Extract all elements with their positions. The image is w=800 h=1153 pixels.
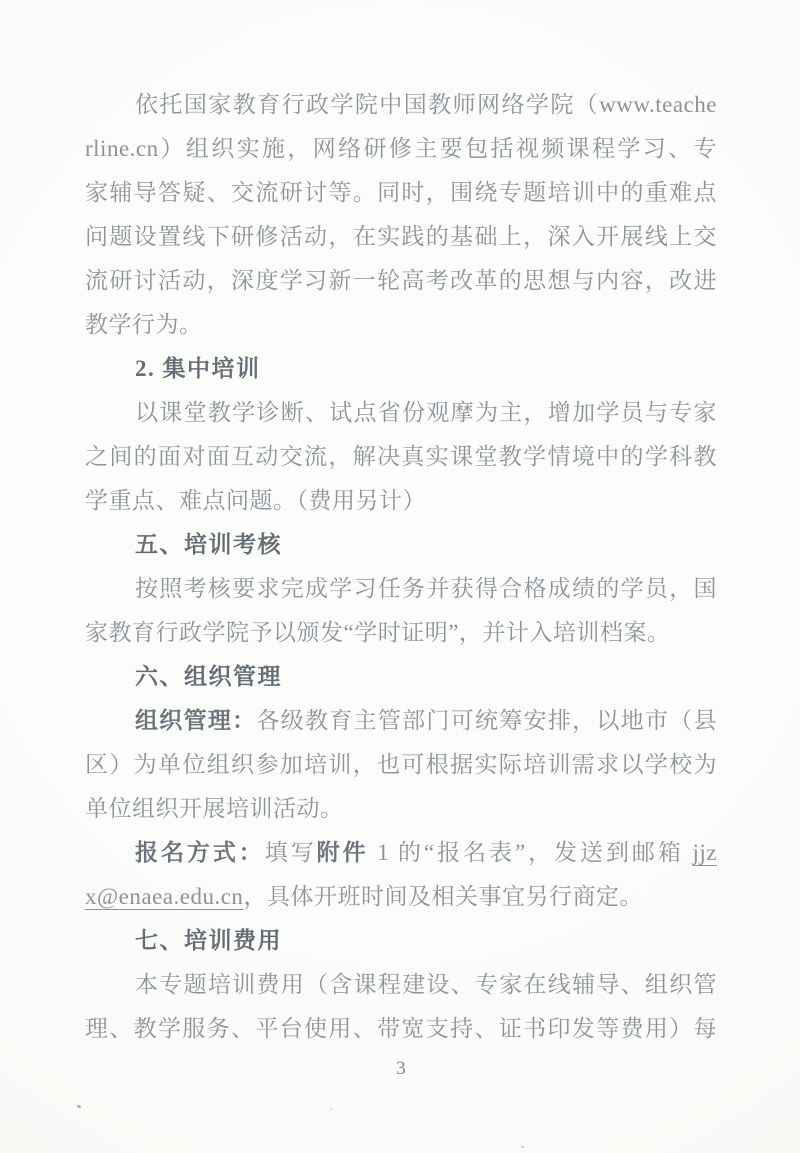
section-heading-concentrated: 2. 集中培训 (85, 347, 717, 391)
inline-label-organization: 组织管理： (135, 708, 256, 733)
scan-speckle (77, 1104, 82, 1109)
body-line: 之间的面对面互动交流，解决真实课堂教学情境中的学科教 (85, 435, 717, 479)
inline-label-registration: 报名方式： (135, 840, 265, 865)
email-address-part2: x@enaea.edu.cn (85, 884, 243, 909)
body-line: 理、教学服务、平台使用、带宽支持、证书印发等费用）每 (85, 1007, 717, 1051)
body-text: 1 的“报名表”，发送到邮箱 (369, 840, 693, 865)
body-line: rline.cn）组织实施，网络研修主要包括视频课程学习、专 (85, 127, 717, 171)
attachment-reference: 附件 (317, 840, 369, 865)
section-heading-assessment: 五、培训考核 (85, 523, 717, 567)
email-address-part1: jjz (693, 840, 718, 865)
body-line: 本专题培训费用（含课程建设、专家在线辅导、组织管 (85, 963, 717, 1007)
body-line: 问题设置线下研修活动，在实践的基础上，深入开展线上交 (85, 215, 717, 259)
body-line: 报名方式：填写附件 1 的“报名表”，发送到邮箱 jjz (85, 831, 717, 875)
body-line: 区）为单位组织参加培训，也可根据实际培训需求以学校为 (85, 743, 717, 787)
body-line: 依托国家教育行政学院中国教师网络学院（www.teache (85, 83, 717, 127)
body-line: 组织管理：各级教育主管部门可统筹安排，以地市（县 (85, 699, 717, 743)
body-line: 按照考核要求完成学习任务并获得合格成绩的学员，国 (85, 567, 717, 611)
section-heading-organization: 六、组织管理 (85, 655, 717, 699)
body-line: x@enaea.edu.cn，具体开班时间及相关事宜另行商定。 (85, 875, 717, 919)
body-line: 家辅导答疑、交流研讨等。同时，围绕专题培训中的重难点 (85, 171, 717, 215)
body-line: 以课堂教学诊断、试点省份观摩为主，增加学员与专家 (85, 391, 717, 435)
section-heading-fees: 七、培训费用 (85, 919, 717, 963)
body-line: 流研讨活动，深度学习新一轮高考改革的思想与内容，改进 (85, 259, 717, 303)
body-text: 各级教育主管部门可统筹安排，以地市（县 (256, 708, 717, 733)
scanned-document-page: 依托国家教育行政学院中国教师网络学院（www.teache rline.cn）组… (0, 0, 800, 1153)
body-line: 单位组织开展培训活动。 (85, 787, 717, 831)
body-line: 家教育行政学院予以颁发“学时证明”，并计入培训档案。 (85, 611, 717, 655)
document-body: 依托国家教育行政学院中国教师网络学院（www.teache rline.cn）组… (85, 83, 717, 1051)
page-number: 3 (85, 1058, 717, 1080)
scan-speckle (330, 1108, 332, 1110)
body-line: 教学行为。 (85, 303, 717, 347)
body-line: 学重点、难点问题。（费用另计） (85, 479, 717, 523)
scan-speckle (521, 1146, 524, 1148)
body-text: ，具体开班时间及相关事宜另行商定。 (243, 884, 643, 909)
body-text: 填写 (265, 840, 317, 865)
